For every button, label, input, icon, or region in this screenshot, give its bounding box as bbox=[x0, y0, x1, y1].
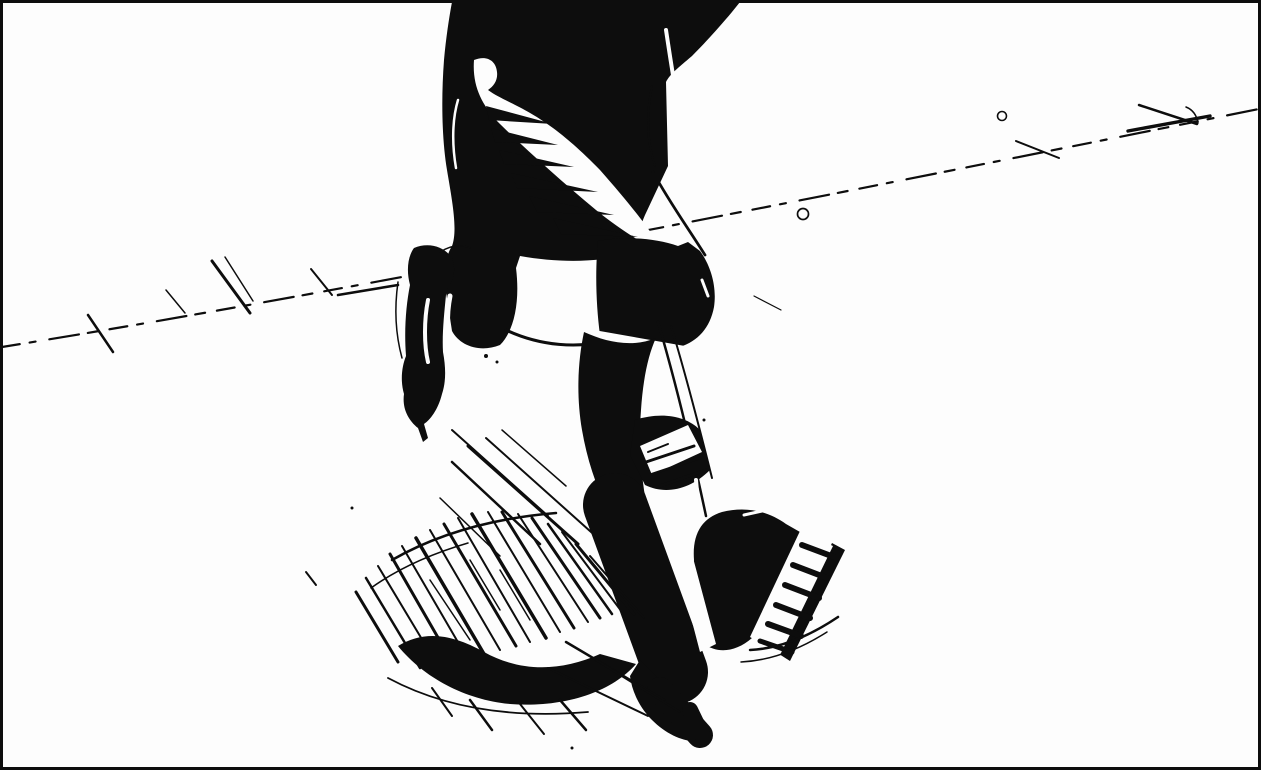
runner-ink-sketch bbox=[0, 0, 1261, 770]
ink-illustration-canvas bbox=[0, 0, 1261, 770]
